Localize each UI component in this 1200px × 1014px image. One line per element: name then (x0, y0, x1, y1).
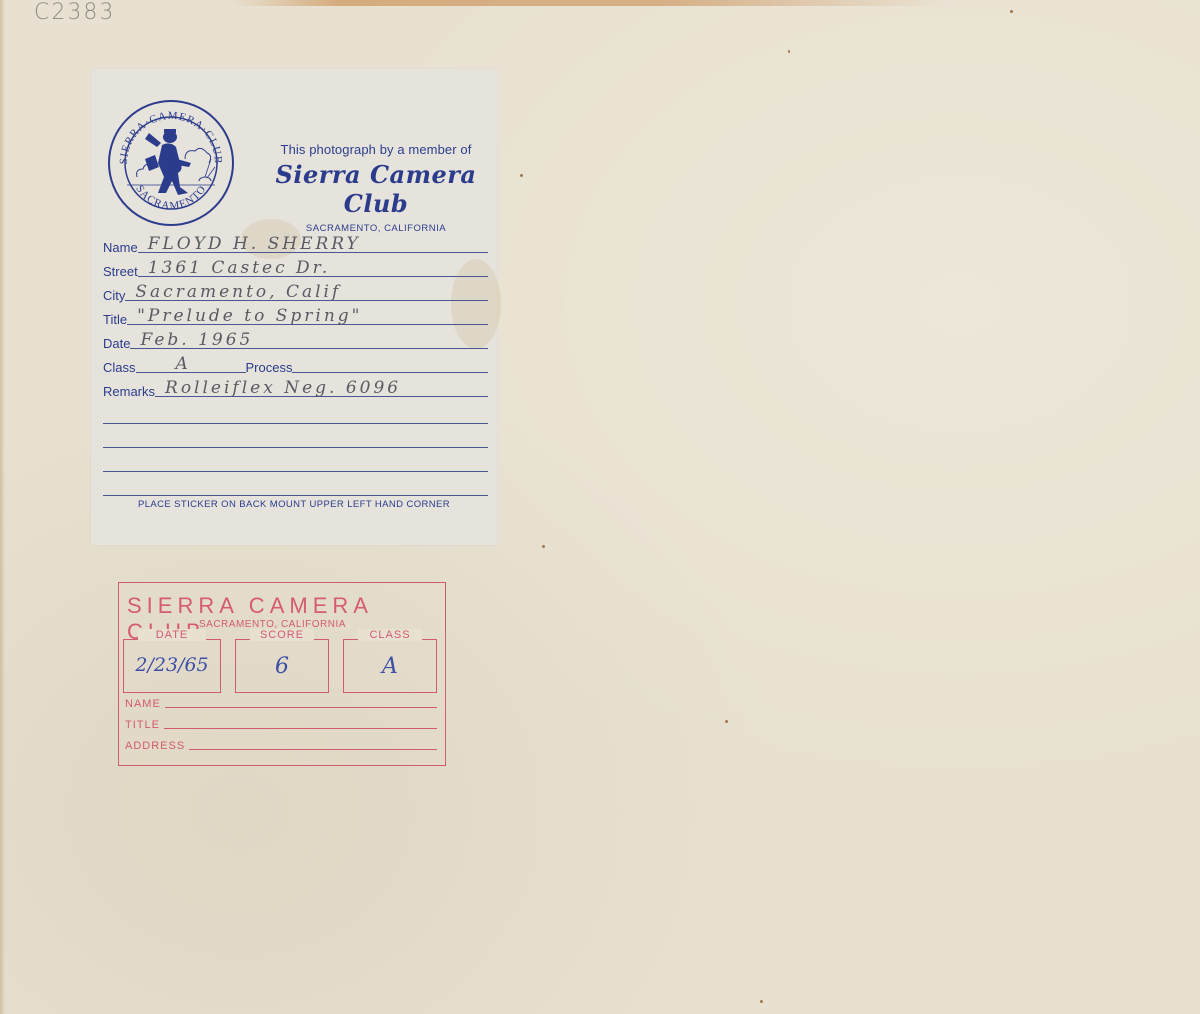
svg-text:SACRAMENTO: SACRAMENTO (133, 183, 209, 212)
field-value: 1361 Castec Dr. (148, 258, 331, 278)
field-line (292, 354, 488, 373)
field-date: Date Feb. 1965 (103, 328, 488, 352)
catalog-number: C2383 (34, 0, 115, 25)
field-line: Feb. 1965 (130, 330, 488, 349)
field-line: Sacramento, Calif (125, 282, 488, 301)
blank-line (103, 448, 488, 472)
field-remarks: Remarks Rolleiflex Neg. 6096 (103, 376, 488, 400)
field-value: "Prelude to Spring" (137, 306, 362, 326)
field-line: Rolleiflex Neg. 6096 (155, 378, 488, 397)
stamp-line-rule (164, 728, 437, 729)
stamp-box-score: SCORE 6 (235, 639, 329, 693)
field-line: FLOYD H. SHERRY (138, 234, 488, 253)
stamp-line-rule (189, 749, 437, 750)
field-label: Remarks (103, 384, 155, 400)
paper-speck (520, 174, 523, 177)
box-label: SCORE (250, 629, 314, 641)
field-label: Name (103, 240, 138, 256)
sierra-camera-club-seal-icon: SIERRA·CAMERA·CLUB SACRAMENTO (107, 99, 235, 227)
field-label: Date (103, 336, 130, 352)
field-label: Street (103, 264, 138, 280)
field-line: A (136, 354, 246, 373)
field-line: "Prelude to Spring" (127, 306, 488, 325)
field-line: 1361 Castec Dr. (138, 258, 488, 277)
stamp-line-title: TITLE (125, 719, 437, 731)
sticker-instruction: PLACE STICKER ON BACK MOUNT UPPER LEFT H… (91, 499, 497, 510)
stamp-line-rule (165, 707, 437, 708)
field-title: Title "Prelude to Spring" (103, 304, 488, 328)
paper-speck (1010, 10, 1013, 13)
box-value: 2/23/65 (124, 654, 220, 676)
field-label: Class (103, 360, 136, 376)
field-class-process: Class A Process (103, 352, 488, 376)
stamp-line-address: ADDRESS (125, 740, 437, 752)
field-label: Process (246, 360, 293, 376)
box-value: 6 (236, 654, 328, 679)
field-value: A (176, 354, 191, 374)
blank-line (103, 400, 488, 424)
stamp-line-label: ADDRESS (125, 740, 185, 752)
field-label: City (103, 288, 125, 304)
paper-speck (725, 720, 728, 723)
club-name: Sierra Camera Club (261, 160, 491, 218)
stamp-line-label: TITLE (125, 719, 160, 731)
paper-speck (788, 50, 790, 53)
field-value: Rolleiflex Neg. 6096 (165, 378, 401, 398)
stamp-line-label: NAME (125, 698, 161, 710)
box-label: DATE (138, 629, 206, 641)
field-value: FLOYD H. SHERRY (148, 234, 361, 254)
sticker-fields: Name FLOYD H. SHERRY Street 1361 Castec … (103, 232, 488, 496)
blank-line (103, 424, 488, 448)
top-edge-stain (230, 0, 950, 6)
blank-line (103, 472, 488, 496)
field-value: Feb. 1965 (140, 330, 253, 350)
judging-stamp: SIERRA CAMERA CLUB SACRAMENTO, CALIFORNI… (118, 582, 446, 766)
mount-edge (0, 0, 5, 1014)
box-label: CLASS (358, 629, 422, 641)
box-value: A (344, 654, 436, 679)
field-city: City Sacramento, Calif (103, 280, 488, 304)
stamp-box-class: CLASS A (343, 639, 437, 693)
field-value: Sacramento, Calif (135, 282, 341, 302)
field-name: Name FLOYD H. SHERRY (103, 232, 488, 256)
field-label: Title (103, 312, 127, 328)
sticker-header: This photograph by a member of Sierra Ca… (261, 142, 491, 234)
paper-speck (760, 1000, 763, 1003)
club-sticker: SIERRA·CAMERA·CLUB SACRAMENTO This photo… (91, 69, 497, 545)
field-street: Street 1361 Castec Dr. (103, 256, 488, 280)
stamp-box-date: DATE 2/23/65 (123, 639, 221, 693)
stamp-line-name: NAME (125, 698, 437, 710)
tagline: This photograph by a member of (261, 142, 491, 157)
paper-speck (542, 545, 545, 548)
